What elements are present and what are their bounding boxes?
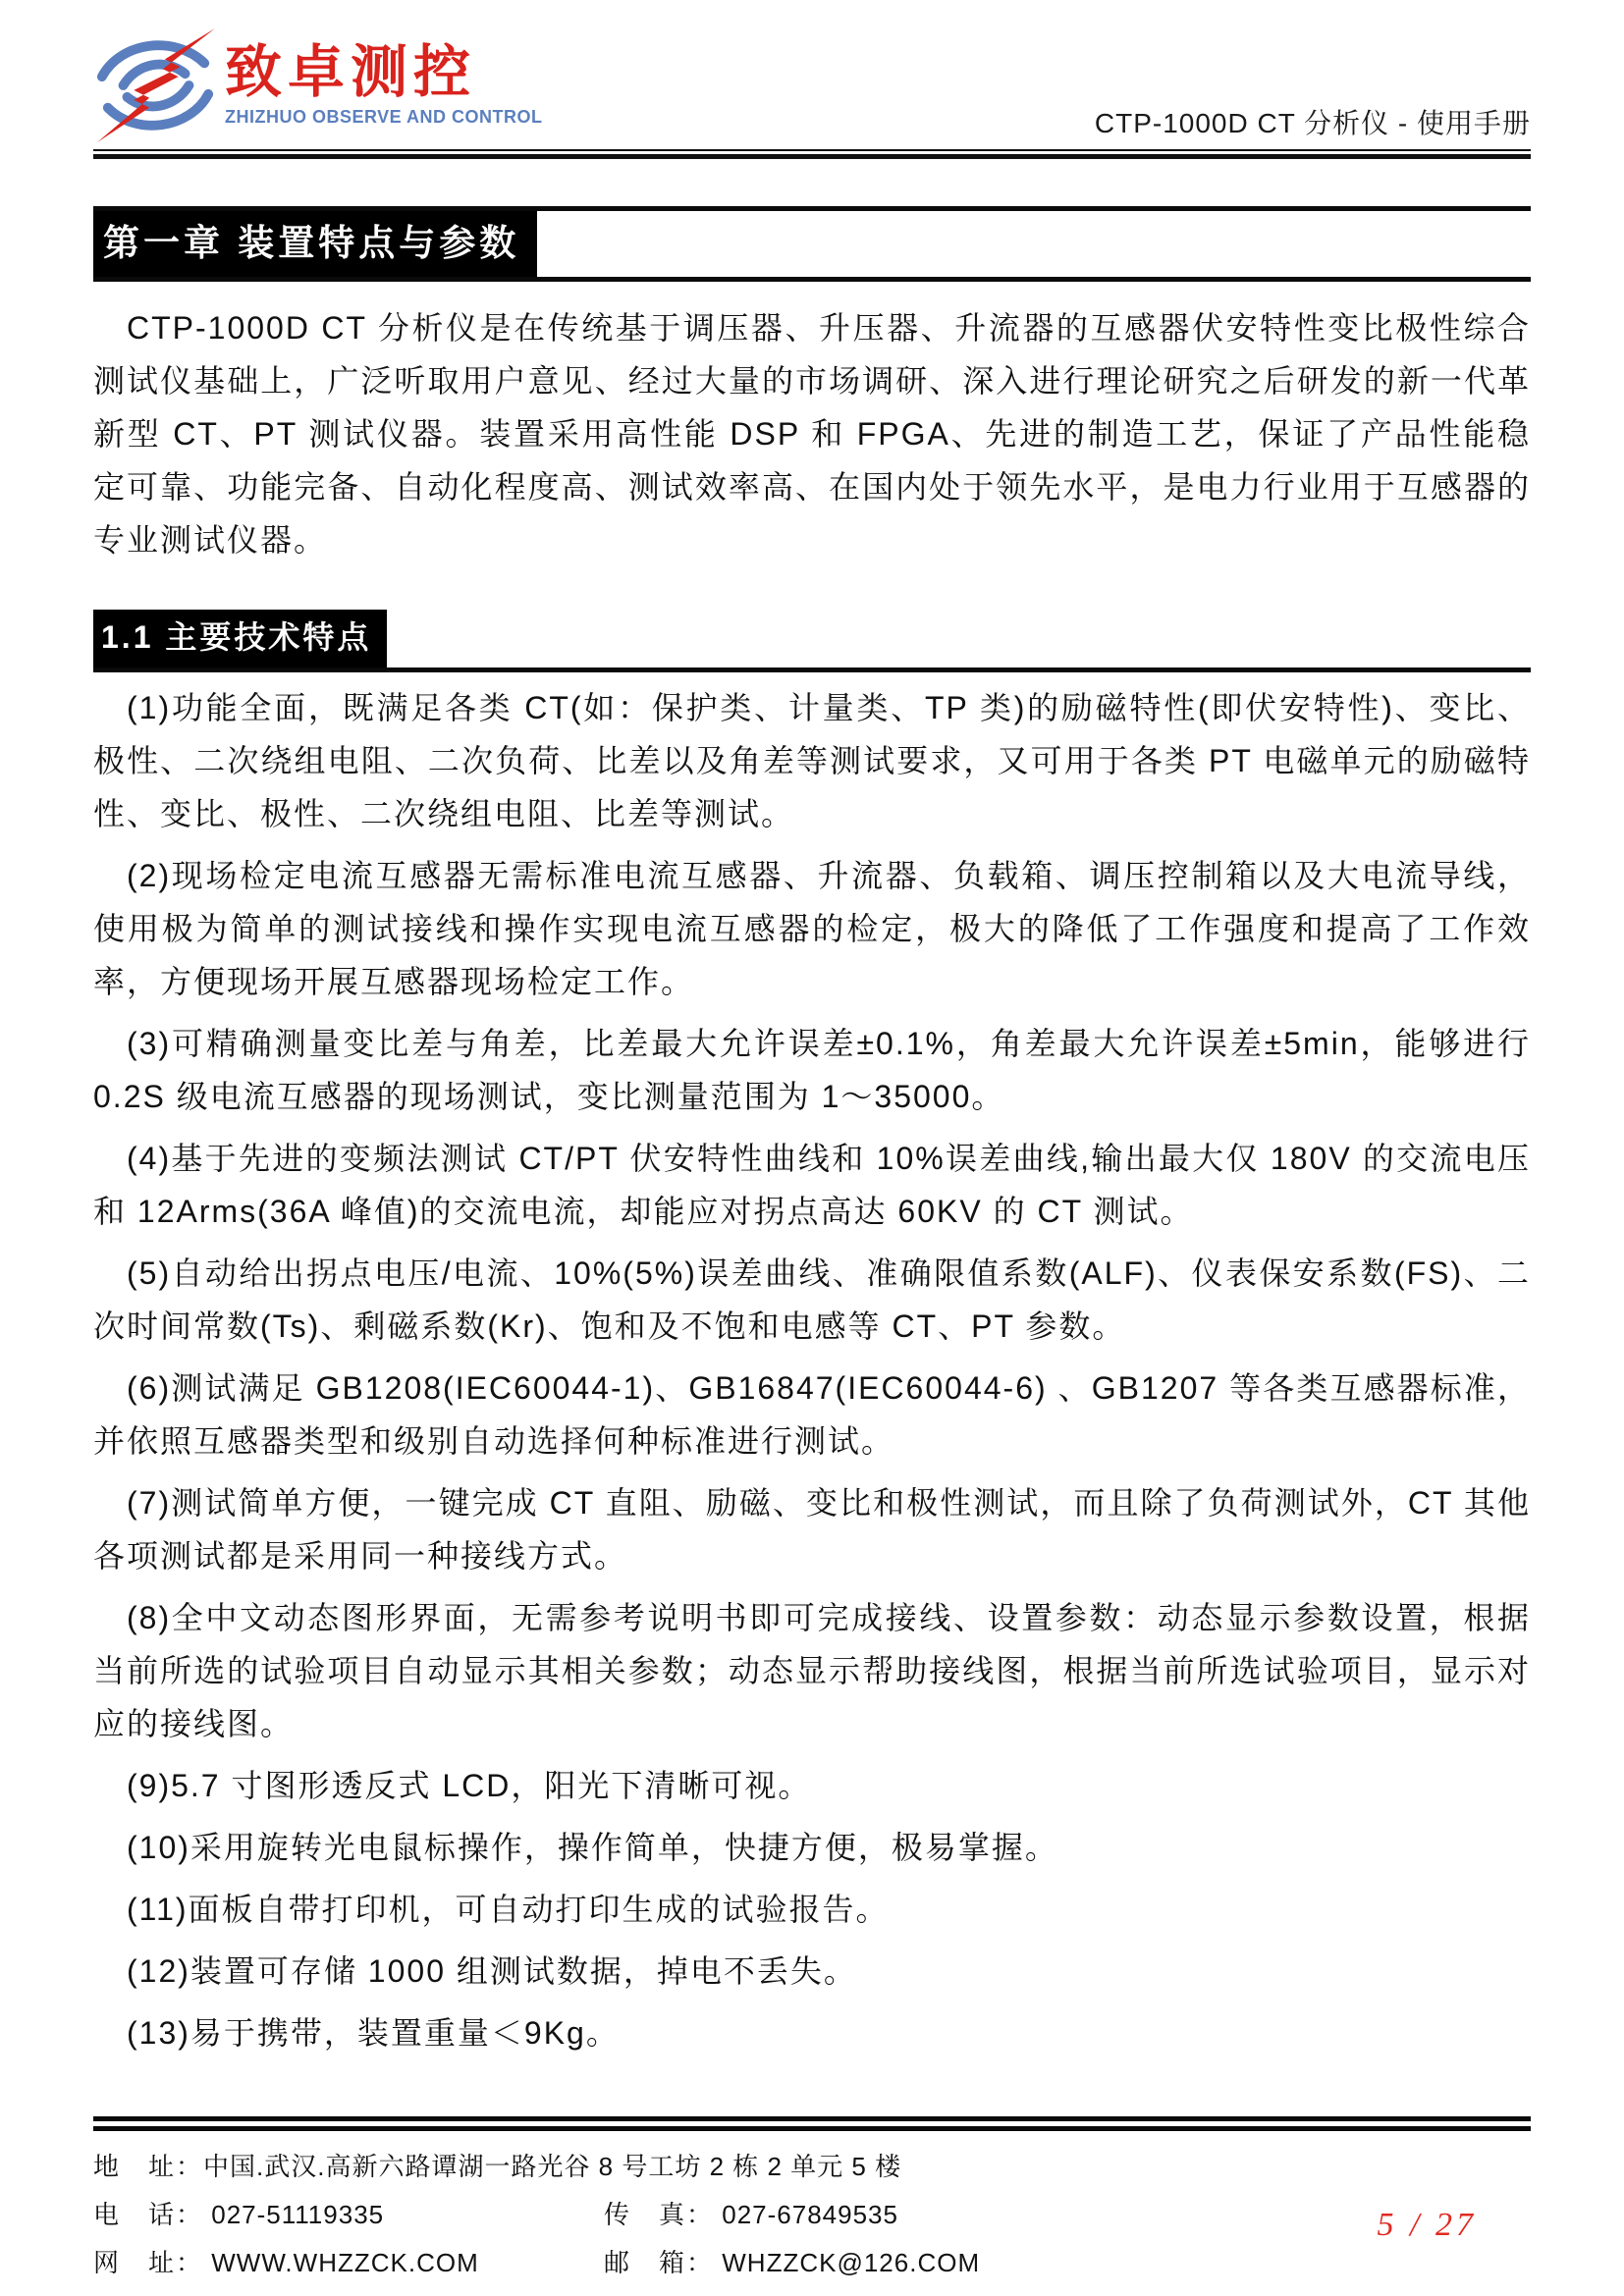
chapter-heading-block: 第一章 装置特点与参数 [93,206,1531,282]
feature-item: (5)自动给出拐点电压/电流、10%(5%)误差曲线、准确限值系数(ALF)、仪… [93,1247,1531,1353]
address-value: 中国.武汉.高新六路谭湖一路光谷 8 号工坊 2 栋 2 单元 5 楼 [203,2147,901,2183]
feature-item: (12)装置可存储 1000 组测试数据，掉电不丢失。 [93,1945,1531,1998]
address-label: 地 址： [93,2147,203,2183]
chapter-title: 第一章 装置特点与参数 [93,211,537,277]
section-heading-block: 1.1 主要技术特点 [93,610,1531,671]
lightning-arcs-logo-icon [93,26,219,145]
brand-name: 致卓测控 [225,43,543,103]
header-rule [93,149,1531,159]
feature-item: (1)功能全面，既满足各类 CT(如：保护类、计量类、TP 类)的励磁特性(即伏… [93,681,1531,840]
fax-label: 传 真： [604,2200,714,2229]
feature-item: (10)采用旋转光电鼠标操作，操作简单，快捷方便，极易掌握。 [93,1821,1531,1874]
feature-item: (13)易于携带，装置重量＜9Kg。 [93,2006,1531,2059]
page-header: 致卓测控 ZHIZHUO OBSERVE AND CONTROL CTP-100… [0,0,1624,149]
brand-subtitle: ZHIZHUO OBSERVE AND CONTROL [225,107,543,128]
logo-text: 致卓测控 ZHIZHUO OBSERVE AND CONTROL [225,43,543,129]
phone-label: 电 话： [93,2200,203,2229]
intro-paragraph: CTP-1000D CT 分析仪是在传统基于调压器、升压器、升流器的互感器伏安特… [93,301,1531,566]
contact-info: 地 址： 中国.武汉.高新六路谭湖一路光谷 8 号工坊 2 栋 2 单元 5 楼… [93,2147,1531,2279]
feature-item: (9)5.7 寸图形透反式 LCD，阳光下清晰可视。 [93,1759,1531,1812]
address-row: 地 址： 中国.武汉.高新六路谭湖一路光谷 8 号工坊 2 栋 2 单元 5 楼 [93,2147,1531,2183]
email-value: WHZZCK@126.COM [722,2248,980,2277]
fax-value: 027-67849535 [722,2200,898,2229]
feature-item: (8)全中文动态图形界面，无需参考说明书即可完成接线、设置参数：动态显示参数设置… [93,1591,1531,1750]
feature-item: (4)基于先进的变频法测试 CT/PT 伏安特性曲线和 10%误差曲线,输出最大… [93,1132,1531,1238]
email-label: 邮 箱： [604,2248,714,2277]
company-logo: 致卓测控 ZHIZHUO OBSERVE AND CONTROL [93,26,543,145]
page-number: 5 / 27 [1378,2207,1477,2244]
feature-item: (2)现场检定电流互感器无需标准电流互感器、升流器、负载箱、调压控制箱以及大电流… [93,849,1531,1008]
feature-item: (3)可精确测量变比差与角差，比差最大允许误差±0.1%，角差最大允许误差±5m… [93,1017,1531,1123]
page-content: 第一章 装置特点与参数 CTP-1000D CT 分析仪是在传统基于调压器、升压… [0,206,1624,2059]
manual-page: 致卓测控 ZHIZHUO OBSERVE AND CONTROL CTP-100… [0,0,1624,2296]
phone-value: 027-51119335 [211,2200,384,2229]
feature-item: (6)测试满足 GB1208(IEC60044-1)、GB16847(IEC60… [93,1362,1531,1468]
chapter-rule-bottom [93,277,1531,282]
document-title: CTP-1000D CT 分析仪 - 使用手册 [1095,102,1531,145]
page-footer: 地 址： 中国.武汉.高新六路谭湖一路光谷 8 号工坊 2 栋 2 单元 5 楼… [93,2116,1531,2279]
website-label: 网 址： [93,2248,203,2277]
footer-rule [93,2116,1531,2131]
section-rule-bottom [93,667,1531,672]
feature-item: (7)测试简单方便，一键完成 CT 直阻、励磁、变比和极性测试，而且除了负荷测试… [93,1476,1531,1582]
section-title: 1.1 主要技术特点 [93,610,387,667]
phone-fax-row: 电 话： 027-51119335 传 真： 027-67849535 [93,2195,1531,2231]
web-email-row: 网 址： WWW.WHZZCK.COM 邮 箱： WHZZCK@126.COM [93,2243,1531,2279]
website-value: WWW.WHZZCK.COM [211,2248,479,2277]
feature-list: (1)功能全面，既满足各类 CT(如：保护类、计量类、TP 类)的励磁特性(即伏… [93,681,1531,2059]
feature-item: (11)面板自带打印机，可自动打印生成的试验报告。 [93,1883,1531,1936]
